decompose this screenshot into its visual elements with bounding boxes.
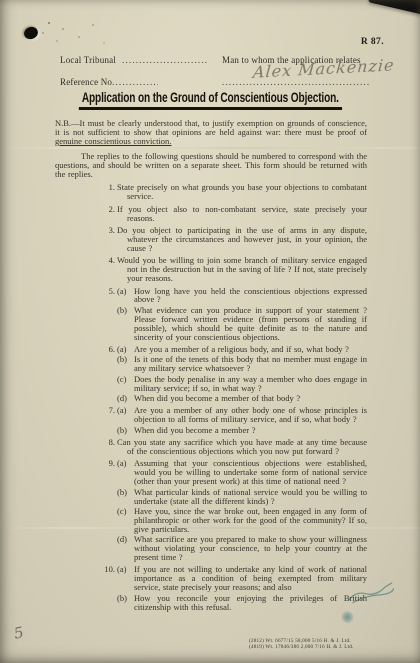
- question-letter: (b): [117, 594, 134, 603]
- question-row: (b)What evidence can you produce in supp…: [100, 306, 367, 342]
- question-text: Does the body penalise in any way a memb…: [134, 375, 367, 393]
- punch-hole: [22, 25, 39, 41]
- question-row: (b)What particular kinds of national ser…: [100, 488, 367, 506]
- question-row: 6.(a)Are you a member of a religious bod…: [100, 345, 367, 354]
- question-row: (b)Is it one of the tenets of this body …: [100, 355, 367, 373]
- question-text: Are you a member of a religious body, an…: [134, 345, 367, 354]
- question-text: If you object also to non-combatant serv…: [117, 205, 367, 223]
- question-number: 1.: [100, 183, 117, 192]
- form-body: N.B.—It must be clearly understood that,…: [55, 119, 367, 611]
- question-letter: (b): [117, 355, 134, 364]
- question-text: What particular kinds of national servic…: [134, 488, 367, 506]
- question-letter: (a): [117, 345, 134, 354]
- questions-list: 1.State precisely on what grounds you ba…: [100, 183, 367, 611]
- question-text: Is it one of the tenets of this body tha…: [134, 355, 367, 373]
- question-row: (b)When did you become a member ?: [100, 426, 367, 435]
- question-letter: (b): [117, 306, 134, 315]
- local-tribunal-label: Local Tribunal: [60, 55, 116, 65]
- question-row: (b)How you reconcile your enjoying the p…: [100, 594, 367, 612]
- question-text: When did you become a member ?: [134, 426, 367, 435]
- page-title: Application on the Ground of Conscientio…: [79, 90, 342, 110]
- document-page: R 87. Local Tribunal ...................…: [0, 0, 420, 663]
- question-number: 9.: [100, 459, 117, 468]
- question-text: Have you, since the war broke out, been …: [134, 507, 367, 534]
- paper-specks: [48, 22, 50, 24]
- question-letter: (a): [117, 459, 134, 468]
- nb-text: N.B.—It must be clearly understood that,…: [55, 118, 367, 137]
- question-row: 9.(a)Assuming that your conscientious ob…: [100, 459, 367, 486]
- question-text: Would you be willing to join some branch…: [117, 256, 367, 283]
- question-text: Are you a member of any other body one o…: [134, 406, 367, 424]
- reference-number-dotted-line: ........................: [112, 77, 158, 88]
- printer-imprint: (2812) Wt. 6677/15 58,000 5/16 H. & J. L…: [249, 638, 354, 650]
- question-text: State precisely on what grounds you base…: [117, 183, 367, 201]
- question-letter: (b): [117, 488, 134, 497]
- question-letter: (a): [117, 287, 134, 296]
- question-text: What sacrifice are you prepared to make …: [134, 535, 367, 562]
- question-number: 7.: [100, 406, 117, 415]
- question-row: 10.(a)If you are not willing to undertak…: [100, 565, 367, 592]
- question-row: 3.Do you object to participating in the …: [100, 226, 367, 253]
- question-text: When did you become a member of that bod…: [134, 394, 367, 403]
- question-text: Assuming that your conscientious objecti…: [134, 459, 367, 486]
- reference-number-label: Reference No: [60, 77, 112, 87]
- question-row: (c)Have you, since the war broke out, be…: [100, 507, 367, 534]
- question-letter: (a): [117, 406, 134, 415]
- question-letter: (c): [117, 507, 134, 516]
- question-number: 10.: [100, 565, 117, 574]
- question-letter: (b): [117, 426, 134, 435]
- question-row: 2.If you object also to non-combatant se…: [100, 205, 367, 223]
- local-tribunal-dotted-line: ........................................: [122, 55, 207, 66]
- question-text: How long have you held the conscientious…: [134, 287, 367, 305]
- question-number: 8.: [100, 438, 117, 447]
- corner-tear-mark: [368, 0, 420, 16]
- question-row: (c)Does the body penalise in any way a m…: [100, 375, 367, 393]
- question-row: 5.(a)How long have you held the conscien…: [100, 287, 367, 305]
- question-row: 7.(a)Are you a member of any other body …: [100, 406, 367, 424]
- ink-smudge: [339, 609, 355, 625]
- question-row: (d)When did you become a member of that …: [100, 394, 367, 403]
- question-letter: (d): [117, 535, 134, 544]
- question-letter: (d): [117, 394, 134, 403]
- question-text: How you reconcile your enjoying the priv…: [134, 594, 367, 612]
- question-letter: (a): [117, 565, 134, 574]
- title-row: Application on the Ground of Conscientio…: [0, 89, 420, 110]
- question-text: Do you object to participating in the us…: [117, 226, 367, 253]
- handwritten-page-number: 5: [12, 623, 25, 643]
- nb-paragraph: N.B.—It must be clearly understood that,…: [55, 119, 367, 146]
- question-row: (d)What sacrifice are you prepared to ma…: [100, 535, 367, 562]
- question-text: If you are not willing to undertake any …: [134, 565, 367, 592]
- question-number: 6.: [100, 345, 117, 354]
- nb-emphasis: genuine conscientious conviction.: [55, 136, 171, 146]
- question-row: 8.Can you state any sacrifice which you …: [100, 438, 367, 456]
- question-row: 4.Would you be willing to join some bran…: [100, 256, 367, 283]
- question-number: 4.: [100, 256, 117, 265]
- question-number: 3.: [100, 226, 117, 235]
- question-text: Can you state any sacrifice which you ha…: [117, 438, 367, 456]
- form-code: R 87.: [361, 37, 384, 47]
- question-row: 1.State precisely on what grounds you ba…: [100, 183, 367, 201]
- question-letter: (c): [117, 375, 134, 384]
- question-text: What evidence can you produce in support…: [134, 306, 367, 342]
- intro-paragraph: The replies to the following questions s…: [55, 152, 367, 179]
- question-number: 2.: [100, 205, 117, 214]
- question-number: 5.: [100, 287, 117, 296]
- imprint-line: (4819) Wt. 17846/386 2,000 7/16 H. & J. …: [249, 644, 354, 650]
